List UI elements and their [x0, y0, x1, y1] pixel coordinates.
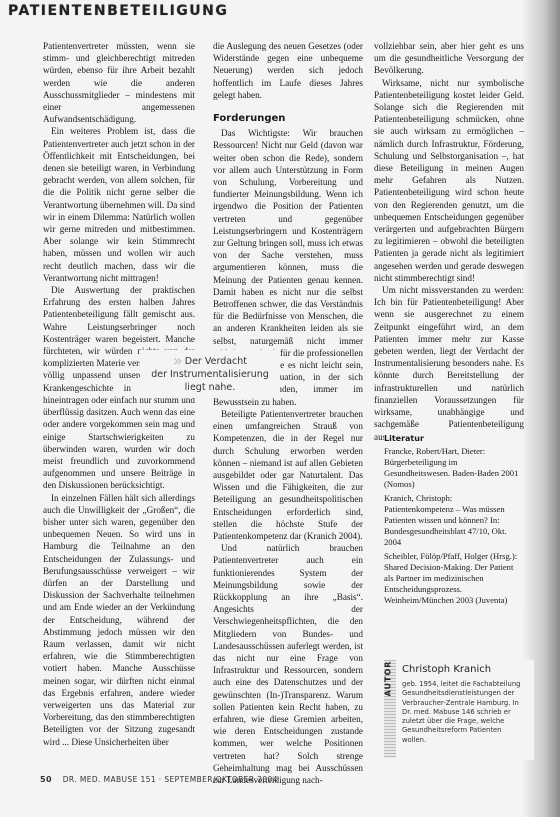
page-footer: 50 DR. MED. MABUSE 151 · SEPTEMBER/OKTOB…	[40, 775, 278, 784]
author-box: AUTOR Christoph Kranich geb. 1954, leite…	[384, 660, 534, 760]
page-number: 50	[40, 775, 52, 784]
author-name: Christoph Kranich	[402, 664, 491, 675]
double-chevron-right-icon: »	[173, 354, 183, 367]
literature-entry: Francke, Robert/Hart, Dieter: Bürgerbete…	[384, 446, 524, 490]
paragraph: vollziehbar sein, aber hier geht es uns …	[374, 40, 524, 77]
paragraph: Patientenvertreter müssten, wenn sie sti…	[43, 40, 195, 125]
literature-entry: Kranich, Christoph: Patientenkompetenz –…	[384, 493, 524, 548]
literature-section: Literatur Francke, Robert/Hart, Dieter: …	[384, 433, 524, 609]
pull-quote: »Der Verdacht der Instrumentalisierung l…	[140, 350, 280, 398]
publication-info: DR. MED. MABUSE 151 · SEPTEMBER/OKTOBER …	[63, 775, 278, 784]
pull-quote-line: »Der Verdacht	[140, 354, 280, 368]
section-heading-forderungen: Forderungen	[213, 113, 363, 125]
paragraph: Beteiligte Patientenvertreter brauchen e…	[213, 408, 363, 542]
running-head: PATIENTENBETEILIGUNG	[8, 3, 228, 19]
paragraph: Ein weiteres Problem ist, dass die Patie…	[43, 125, 195, 284]
paragraph: Und natürlich brauchen Patientenvertrete…	[213, 542, 363, 786]
paragraph: Um nicht missverstanden zu werden: Ich b…	[374, 284, 524, 443]
author-label: AUTOR	[383, 661, 392, 697]
pull-quote-line: liegt nahe.	[140, 381, 280, 394]
author-bio: geb. 1954, leitet die Fachabteilung Gesu…	[402, 680, 527, 745]
literature-heading: Literatur	[384, 433, 524, 444]
article-column-2: die Auslegung des neuen Gesetzes (oder W…	[213, 40, 363, 786]
paragraph: die Auslegung des neuen Gesetzes (oder W…	[213, 40, 363, 101]
paragraph: Wirksame, nicht nur symbolische Patiente…	[374, 77, 524, 284]
article-column-3: vollziehbar sein, aber hier geht es uns …	[374, 40, 524, 443]
paragraph: In einzelnen Fällen hält sich allerdings…	[43, 492, 195, 748]
literature-entry: Scheibler, Fülöp/Pfaff, Holger (Hrsg.): …	[384, 551, 524, 606]
pull-quote-line: der Instrumentalisierung	[140, 368, 280, 381]
